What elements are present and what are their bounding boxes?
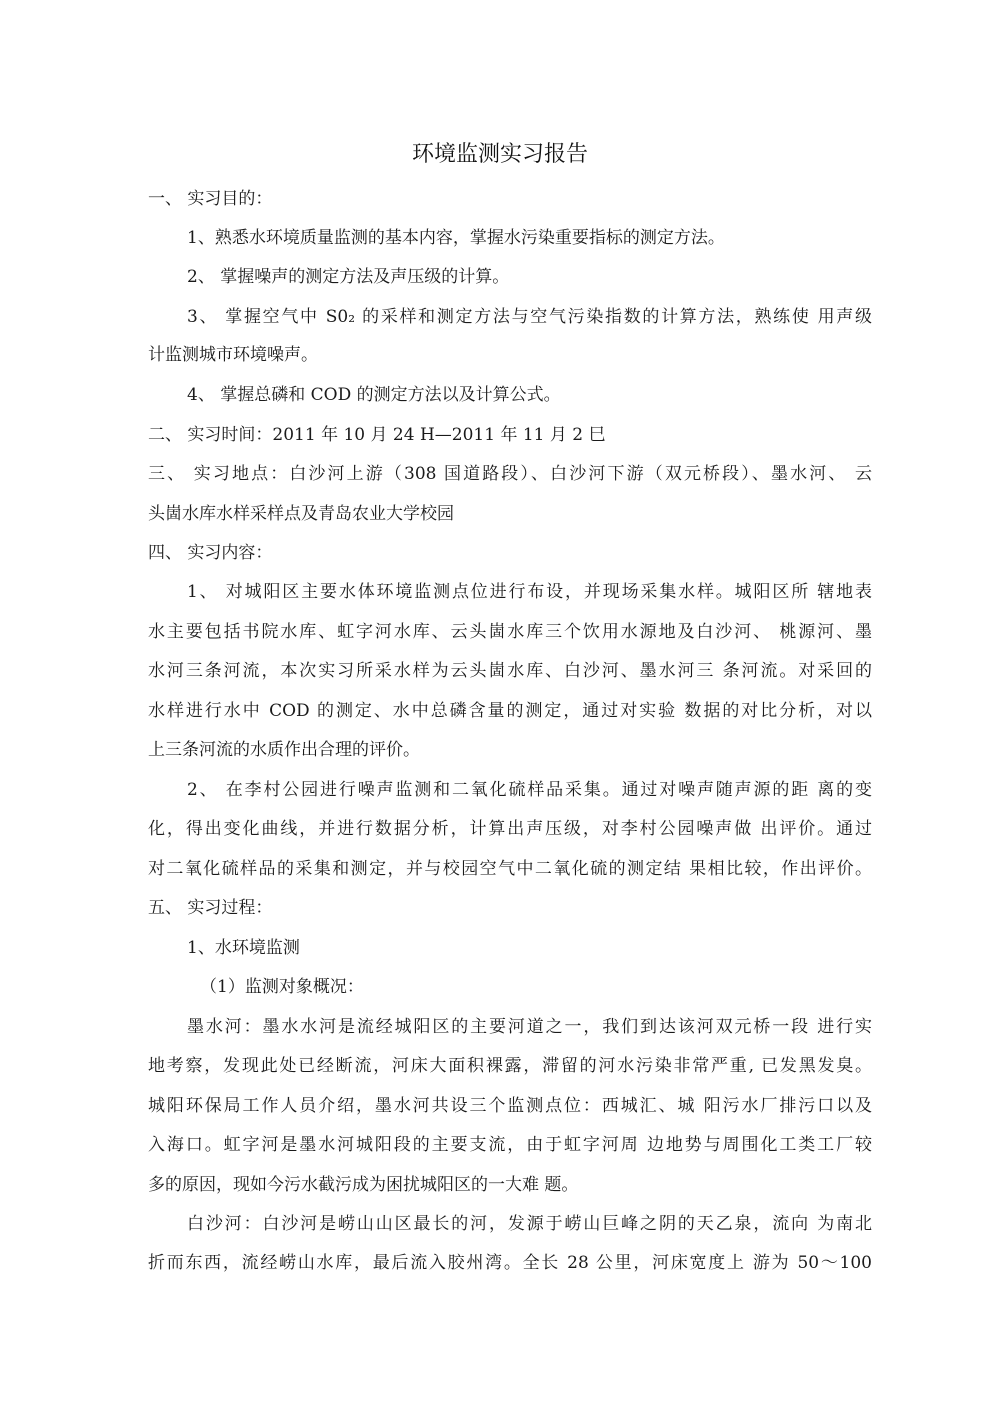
content-para-1-line-2: 水主要包括书院水库、虹字河水库、云头崮水库三个饮用水源地及白沙河、 桃源河、墨 — [148, 620, 872, 644]
moshui-river-line-4: 入海口。虹字河是墨水河城阳段的主要支流，由于虹字河周 边地势与周围化工类工厂较 — [148, 1133, 872, 1157]
content-para-1-line-5: 上三条河流的水质作出合理的评价。 — [148, 738, 420, 762]
moshui-river-line-2: 地考察，发现此处已经断流，河床大面积裸露，滞留的河水污染非常严重, 已发黑发臭。 — [148, 1054, 872, 1078]
purpose-item-1: 1、熟悉水环境质量监测的基本内容，掌握水污染重要指标的测定方法。 — [187, 226, 725, 250]
section-heading-location: 三、 实习地点：白沙河上游（308 国道路段）、白沙河下游（双元桥段）、墨水河、… — [148, 462, 872, 486]
baisha-river-line-2: 折而东西，流经崂山水库，最后流入胶州湾。全长 28 公里，河床宽度上 游为 50… — [148, 1251, 872, 1275]
document-page: 环境监测实习报告 一、 实习目的： 1、熟悉水环境质量监测的基本内容，掌握水污染… — [0, 0, 1000, 1415]
moshui-river-para: 墨水河：墨水水河是流经城阳区的主要河道之一，我们到达该河双元桥一段 进行实 — [187, 1015, 872, 1039]
subsection-water-monitoring: 1、水环境监测 — [187, 936, 300, 960]
section-heading-purpose: 一、 实习目的： — [148, 187, 272, 211]
content-para-1-line-4: 水样进行水中 COD 的测定、水中总磷含量的测定，通过对实验 数据的对比分析，对… — [148, 699, 872, 723]
content-para-2-line-3: 对二氧化硫样品的采集和测定，并与校园空气中二氧化硫的测定结 果相比较，作出评价。 — [148, 857, 872, 881]
location-cont: 头崮水库水样采样点及青岛农业大学校园 — [148, 502, 454, 526]
content-para-1-line-3: 水河三条河流，本次实习所采水样为云头崮水库、白沙河、墨水河三 条河流。对采回的 — [148, 659, 872, 683]
content-para-2: 2、 在李村公园进行噪声监测和二氧化硫样品采集。通过对噪声随声源的距 离的变 — [187, 778, 872, 802]
section-heading-process: 五、 实习过程： — [148, 896, 272, 920]
section-heading-time: 二、 实习时间：2011 年 10 月 24 H—2011 年 11 月 2 巳 — [148, 423, 606, 447]
purpose-item-2: 2、 掌握噪声的测定方法及声压级的计算。 — [187, 265, 509, 289]
purpose-item-3: 3、 掌握空气中 S0₂ 的采样和测定方法与空气污染指数的计算方法，熟练使 用声… — [187, 305, 872, 329]
content-para-1: 1、 对城阳区主要水体环境监测点位进行布设，并现场采集水样。城阳区所 辖地表 — [187, 580, 872, 604]
purpose-item-4: 4、 掌握总磷和 COD 的测定方法以及计算公式。 — [187, 383, 561, 407]
moshui-river-line-3: 城阳环保局工作人员介绍，墨水河共设三个监测点位：西城汇、城 阳污水厂排污口以及 — [148, 1094, 872, 1118]
document-title: 环境监测实习报告 — [0, 140, 1000, 170]
purpose-item-3-cont: 计监测城市环境噪声。 — [148, 343, 318, 367]
moshui-river-line-5: 多的原因，现如今污水截污成为困扰城阳区的一大难 题。 — [148, 1173, 578, 1197]
content-para-2-line-2: 化，得出变化曲线，并进行数据分析，计算出声压级，对李村公园噪声做 出评价。通过 — [148, 817, 872, 841]
baisha-river-para: 白沙河：白沙河是崂山山区最长的河，发源于崂山巨峰之阴的天乙泉，流向 为南北 — [187, 1212, 872, 1236]
section-heading-content: 四、 实习内容： — [148, 541, 272, 565]
subsection-overview: （1）监测对象概况： — [200, 975, 364, 999]
